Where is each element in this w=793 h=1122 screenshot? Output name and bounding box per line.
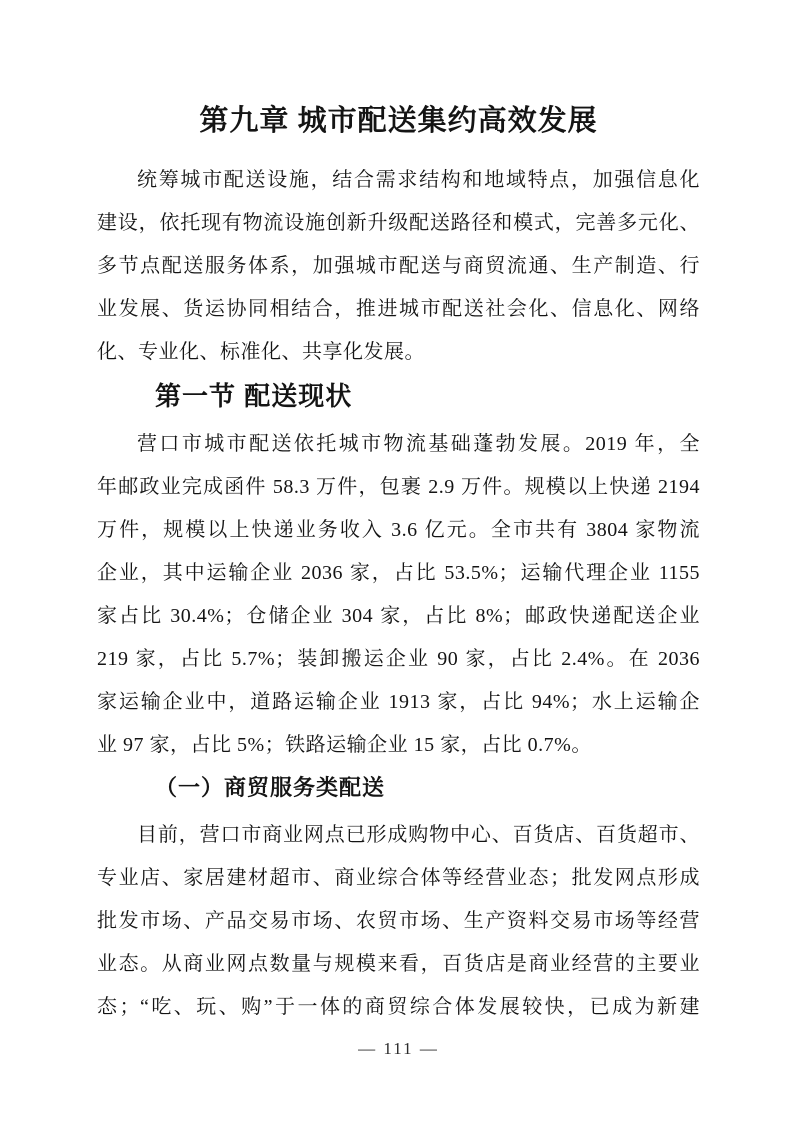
- text-line: 化、专业化、标准化、共享化发展。: [97, 331, 700, 374]
- text-line: 多节点配送服务体系，加强城市配送与商贸流通、生产制造、行: [97, 245, 700, 288]
- text-line: 万件，规模以上快递业务收入 3.6 亿元。全市共有 3804 家物流: [97, 509, 700, 552]
- page-content: 第九章 城市配送集约高效发展 统筹城市配送设施，结合需求结构和地域特点，加强信息…: [0, 0, 793, 1059]
- text-line: 批发市场、产品交易市场、农贸市场、生产资料交易市场等经营: [97, 900, 700, 943]
- chapter-title: 第九章 城市配送集约高效发展: [97, 0, 700, 140]
- subsection-paragraph: 目前，营口市商业网点已形成购物中心、百货店、百货超市、专业店、家居建材超市、商业…: [97, 814, 700, 1029]
- intro-paragraph: 统筹城市配送设施，结合需求结构和地域特点，加强信息化建设，依托现有物流设施创新升…: [97, 159, 700, 374]
- section-heading: 第一节 配送现状: [97, 377, 700, 415]
- page-number: — 111 —: [97, 1039, 700, 1059]
- text-line: 业 97 家，占比 5%；铁路运输企业 15 家，占比 0.7%。: [97, 724, 700, 767]
- text-line: 业发展、货运协同相结合，推进城市配送社会化、信息化、网络: [97, 288, 700, 331]
- text-line: 营口市城市配送依托城市物流基础蓬勃发展。2019 年，全: [97, 423, 700, 466]
- text-line: 专业店、家居建材超市、商业综合体等经营业态；批发网点形成: [97, 857, 700, 900]
- section-status-paragraph: 营口市城市配送依托城市物流基础蓬勃发展。2019 年，全年邮政业完成函件 58.…: [97, 423, 700, 767]
- text-line: 态；“吃、玩、购”于一体的商贸综合体发展较快，已成为新建: [97, 986, 700, 1029]
- text-line: 219 家，占比 5.7%；装卸搬运企业 90 家，占比 2.4%。在 2036: [97, 638, 700, 681]
- text-line: 家占比 30.4%；仓储企业 304 家，占比 8%；邮政快递配送企业: [97, 595, 700, 638]
- text-line: 统筹城市配送设施，结合需求结构和地域特点，加强信息化: [97, 159, 700, 202]
- text-line: 建设，依托现有物流设施创新升级配送路径和模式，完善多元化、: [97, 202, 700, 245]
- text-line: 年邮政业完成函件 58.3 万件，包裹 2.9 万件。规模以上快递 2194: [97, 466, 700, 509]
- subsection-heading: （一）商贸服务类配送: [97, 772, 700, 804]
- text-line: 业态。从商业网点数量与规模来看，百货店是商业经营的主要业: [97, 943, 700, 986]
- text-line: 目前，营口市商业网点已形成购物中心、百货店、百货超市、: [97, 814, 700, 857]
- text-line: 企业，其中运输企业 2036 家，占比 53.5%；运输代理企业 1155: [97, 552, 700, 595]
- document-page: 第九章 城市配送集约高效发展 统筹城市配送设施，结合需求结构和地域特点，加强信息…: [0, 0, 793, 1122]
- text-line: 家运输企业中，道路运输企业 1913 家，占比 94%；水上运输企: [97, 681, 700, 724]
